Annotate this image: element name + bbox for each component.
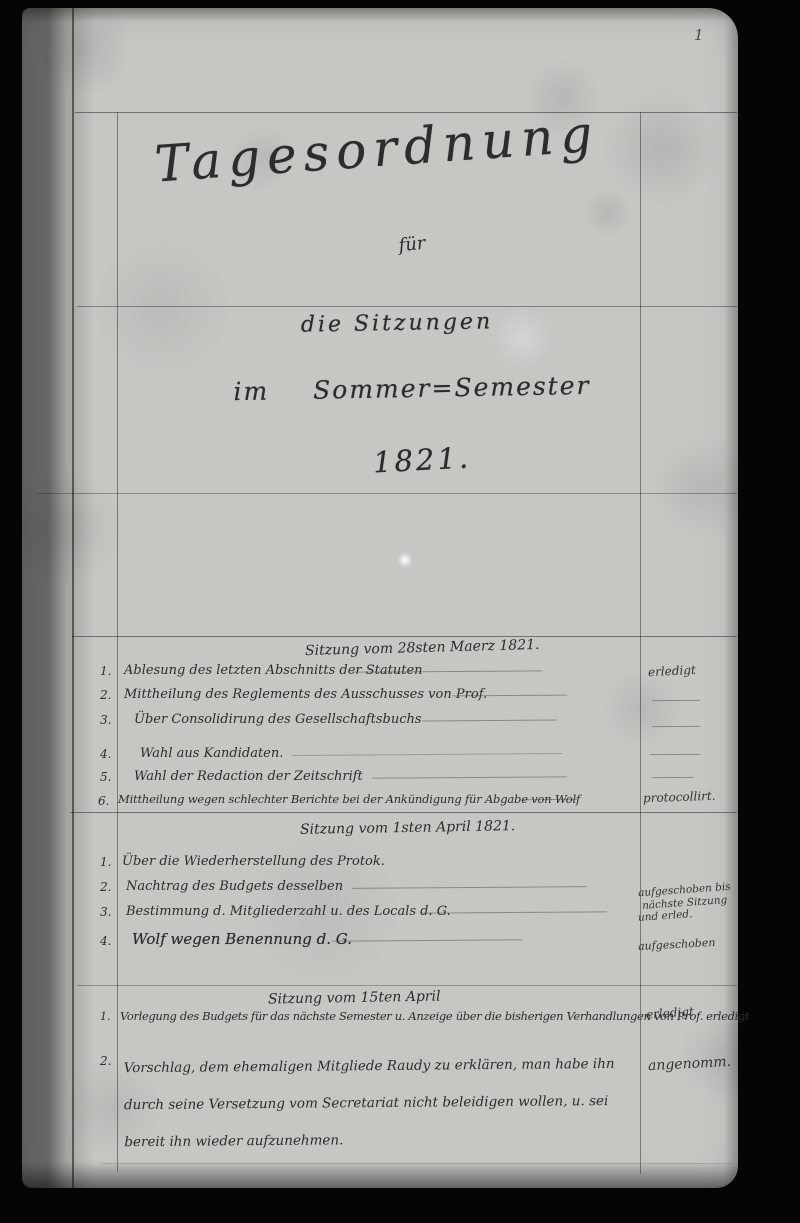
rule-5 xyxy=(70,812,737,813)
agenda-item: Über die Wiederherstellung des Protok. xyxy=(122,854,385,869)
section-header: Sitzung vom 1sten April 1821. xyxy=(300,818,516,838)
fill-rule xyxy=(422,720,557,722)
manuscript-page: 1 Tagesordnung für die Sitzungen im Somm… xyxy=(22,8,738,1188)
rule-4 xyxy=(72,636,737,637)
item-number: 3. xyxy=(100,905,111,919)
item-number: 1. xyxy=(100,855,111,869)
item-number: 4. xyxy=(100,747,111,761)
rule-6 xyxy=(77,985,737,986)
agenda-item: Vorschlag, dem ehemaligen Mitgliede Raud… xyxy=(124,1046,641,1161)
binding-fold-line xyxy=(72,8,74,1188)
rule-top xyxy=(75,112,737,113)
agenda-item: Mittheilung wegen schlechter Berichte be… xyxy=(118,792,580,806)
title-line-fuer: für xyxy=(361,229,463,260)
margin-dash xyxy=(652,726,700,727)
rule-bottom xyxy=(102,1163,732,1164)
title-line-year: 1821. xyxy=(351,439,493,480)
margin-note: protocollirt. xyxy=(643,789,716,806)
agenda-item: Wolf wegen Benennung d. G. xyxy=(132,930,352,948)
fill-rule xyxy=(352,886,587,889)
item-number: 1. xyxy=(100,1010,111,1023)
rule-2 xyxy=(77,306,737,307)
item-number: 1. xyxy=(100,664,111,678)
agenda-item: Mittheilung des Reglements des Ausschuss… xyxy=(124,687,487,702)
agenda-item: Vorlegung des Budgets für das nächste Se… xyxy=(120,1009,640,1023)
item-number: 3. xyxy=(100,713,111,727)
rule-gutter-vertical xyxy=(117,112,118,1172)
fill-rule xyxy=(422,911,607,913)
fill-rule xyxy=(352,670,542,672)
title-line-sitzungen: die Sitzungen xyxy=(272,309,522,338)
item-number: 4. xyxy=(100,934,111,948)
item-number: 6. xyxy=(98,794,109,808)
margin-dash xyxy=(652,777,694,778)
margin-dash xyxy=(652,700,700,701)
agenda-item: Nachtrag des Budgets desselben xyxy=(126,879,343,894)
section-header: Sitzung vom 28sten Maerz 1821. xyxy=(305,637,540,659)
title-line-semester: im Sommer=Semester xyxy=(202,370,622,406)
fill-rule xyxy=(452,695,567,697)
margin-note: und erled. xyxy=(638,908,693,924)
margin-note: angenomm. xyxy=(648,1054,732,1074)
document-title: Tagesordnung xyxy=(151,104,604,193)
agenda-item: Wahl aus Kandidaten. xyxy=(140,746,283,761)
item-number: 5. xyxy=(100,770,111,784)
page-number: 1 xyxy=(694,26,704,44)
agenda-item: Bestimmung d. Mitgliederzahl u. des Loca… xyxy=(126,904,451,919)
item-number: 2. xyxy=(100,688,111,702)
item-number: 2. xyxy=(100,1054,111,1068)
fill-rule xyxy=(372,776,567,778)
item-number: 2. xyxy=(100,880,111,894)
margin-note: aufgeschoben xyxy=(638,936,716,953)
agenda-item: Über Consolidirung des Gesellschaftsbuch… xyxy=(134,712,422,727)
fill-rule xyxy=(332,939,522,941)
margin-note: erledigt xyxy=(648,663,696,679)
rule-3 xyxy=(37,493,737,494)
margin-dash xyxy=(650,754,700,755)
agenda-item: Wahl der Redaction der Zeitschrift xyxy=(134,769,363,784)
section-header: Sitzung vom 15ten April xyxy=(268,988,441,1007)
fill-rule xyxy=(292,753,562,756)
